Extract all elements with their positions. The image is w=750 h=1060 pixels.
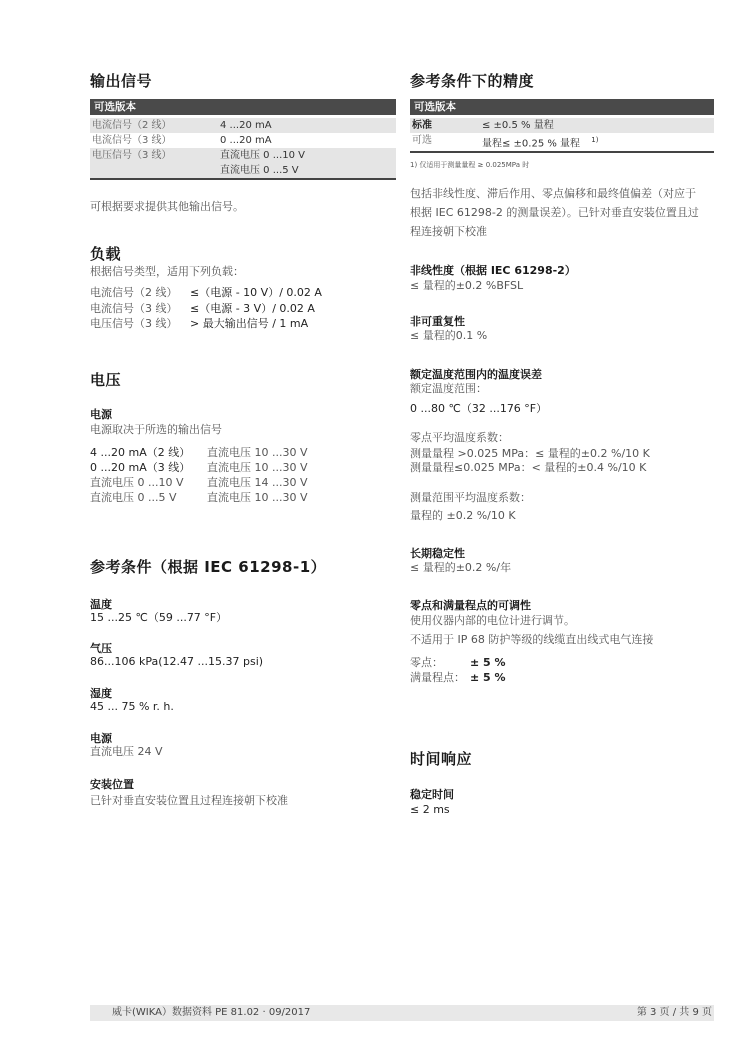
load-intro: 根据信号类型，适用下列负载：	[90, 264, 244, 280]
output-signal-note: 可根据要求提供其他输出信号。	[90, 199, 244, 215]
row-value: 直流电压 10 ...30 V	[207, 490, 308, 505]
voltage-title: 电压	[90, 369, 121, 390]
reference-conditions-title: 参考条件（根据 IEC 61298-1）	[90, 556, 326, 577]
row-label: 电流信号（2 线）	[90, 118, 220, 133]
row-value-line: 直流电压 0 ...10 V	[220, 148, 396, 163]
row-value: ± 5 %	[470, 655, 506, 670]
settling-time-label: 稳定时间	[410, 786, 454, 802]
table-row: 标准 ≤ ±0.5 % 量程	[410, 118, 714, 133]
temp-error-label: 额定温度范围内的温度误差	[410, 366, 542, 382]
footer-doc-info: 威卡(WIKA）数据资料 PE 81.02 · 09/2017	[112, 1005, 310, 1021]
table-row: 电压信号（3 线） 直流电压 0 ...10 V 直流电压 0 ...5 V	[90, 148, 396, 178]
row-label: 电压信号（3 线）	[90, 316, 190, 331]
non-repeatability-label: 非可重复性	[410, 313, 465, 329]
page-footer: 威卡(WIKA）数据资料 PE 81.02 · 09/2017 第 3 页 / …	[90, 1005, 714, 1021]
accuracy-description-line: 根据 IEC 61298-2 的测量误差）。已针对垂直安装位置且过	[410, 205, 699, 221]
span-tc-label: 测量范围平均温度系数：	[410, 490, 531, 506]
row-value: 直流电压 0 ...10 V 直流电压 0 ...5 V	[220, 148, 396, 178]
load-row: 电流信号（2 线） ≤（电源 - 10 V）/ 0.02 A	[90, 285, 322, 300]
row-label: 标准	[410, 118, 482, 133]
row-label: 电流信号（2 线）	[90, 285, 190, 300]
row-value: ± 5 %	[470, 670, 506, 685]
row-label: 电流信号（3 线）	[90, 133, 220, 148]
accuracy-description-line: 程连接朝下校准	[410, 224, 487, 240]
adjustability-line: 不适用于 IP 68 防护等级的线缆直出线式电气连接	[410, 632, 653, 648]
row-value: 量程≤ ±0.25 % 量程 1)	[482, 133, 714, 151]
load-row: 电流信号（3 线） ≤（电源 - 3 V）/ 0.02 A	[90, 301, 315, 316]
row-label: 4 ...20 mA（2 线）	[90, 445, 207, 460]
row-label: 满量程点：	[410, 670, 470, 685]
row-value: 0 ...20 mA	[220, 133, 396, 148]
footer-page-number: 第 3 页 / 共 9 页	[637, 1005, 712, 1021]
voltage-row: 直流电压 0 ...5 V 直流电压 10 ...30 V	[90, 490, 308, 505]
ref-pressure-value: 86...106 kPa(12.47 ...15.37 psi)	[90, 654, 263, 670]
footnote-marker: 1)	[591, 136, 598, 144]
ref-mounting-value: 已针对垂直安装位置且过程连接朝下校准	[90, 793, 288, 809]
nonlinearity-value: ≤ 量程的±0.2 %BFSL	[410, 278, 523, 294]
ref-power-value: 直流电压 24 V	[90, 744, 163, 760]
row-label: 零点：	[410, 655, 470, 670]
row-label: 0 ...20 mA（3 线）	[90, 460, 207, 475]
row-value: ≤（电源 - 3 V）/ 0.02 A	[190, 301, 315, 316]
output-signal-title: 输出信号	[90, 70, 152, 91]
row-label: 电流信号（3 线）	[90, 301, 190, 316]
accuracy-title: 参考条件下的精度	[410, 70, 534, 91]
row-value: 直流电压 10 ...30 V	[207, 445, 308, 460]
adjustability-row: 满量程点： ± 5 %	[410, 670, 506, 685]
output-signal-table: 可选版本 电流信号（2 线） 4 ...20 mA 电流信号（3 线） 0 ..…	[90, 99, 396, 180]
row-value-text: 量程≤ ±0.25 % 量程	[482, 138, 580, 149]
row-label: 电压信号（3 线）	[90, 148, 220, 178]
long-term-stability-label: 长期稳定性	[410, 545, 465, 561]
settling-time-value: ≤ 2 ms	[410, 802, 450, 818]
ref-mounting-label: 安装位置	[90, 776, 134, 792]
accuracy-description-line: 包括非线性度、滞后作用、零点偏移和最终值偏差（对应于	[410, 186, 696, 202]
row-label: 直流电压 0 ...10 V	[90, 475, 207, 490]
accuracy-table: 可选版本 标准 ≤ ±0.5 % 量程 可选 量程≤ ±0.25 % 量程 1)	[410, 99, 714, 153]
non-repeatability-value: ≤ 量程的0.1 %	[410, 328, 487, 344]
table-row: 电流信号（2 线） 4 ...20 mA	[90, 118, 396, 133]
adjustability-label: 零点和满量程点的可调性	[410, 597, 531, 613]
power-supply-subtitle: 电源	[90, 406, 112, 422]
row-label: 直流电压 0 ...5 V	[90, 490, 207, 505]
table-row: 可选 量程≤ ±0.25 % 量程 1)	[410, 133, 714, 151]
load-title: 负载	[90, 243, 121, 264]
adjustability-row: 零点： ± 5 %	[410, 655, 506, 670]
time-response-title: 时间响应	[410, 748, 472, 769]
row-value: 4 ...20 mA	[220, 118, 396, 133]
power-supply-intro: 电源取决于所选的输出信号	[90, 422, 222, 438]
voltage-row: 直流电压 0 ...10 V 直流电压 14 ...30 V	[90, 475, 308, 490]
row-value: > 最大输出信号 / 1 mA	[190, 316, 308, 331]
load-row: 电压信号（3 线） > 最大输出信号 / 1 mA	[90, 316, 308, 331]
voltage-row: 4 ...20 mA（2 线） 直流电压 10 ...30 V	[90, 445, 308, 460]
row-value: 直流电压 10 ...30 V	[207, 460, 308, 475]
temp-range-label: 额定温度范围：	[410, 381, 487, 397]
row-value-line: 直流电压 0 ...5 V	[220, 163, 396, 178]
table-header: 可选版本	[90, 99, 396, 115]
temp-range-value: 0 ...80 ℃（32 ...176 °F）	[410, 401, 547, 417]
adjustability-line: 使用仪器内部的电位计进行调节。	[410, 613, 575, 629]
row-label: 可选	[410, 133, 482, 151]
zero-tc-label: 零点平均温度系数：	[410, 430, 509, 446]
ref-temperature-value: 15 ...25 ℃（59 ...77 °F）	[90, 610, 227, 626]
zero-tc-line: 测量量程≤0.025 MPa：< 量程的±0.4 %/10 K	[410, 460, 646, 476]
row-value: 直流电压 14 ...30 V	[207, 475, 308, 490]
long-term-stability-value: ≤ 量程的±0.2 %/年	[410, 560, 511, 576]
nonlinearity-label: 非线性度（根据 IEC 61298-2）	[410, 262, 576, 278]
row-value: ≤（电源 - 10 V）/ 0.02 A	[190, 285, 322, 300]
table-header: 可选版本	[410, 99, 714, 115]
accuracy-footnote: 1) 仅适用于测量量程 ≥ 0.025MPa 时	[410, 160, 529, 170]
span-tc-value: 量程的 ±0.2 %/10 K	[410, 508, 516, 524]
table-row: 电流信号（3 线） 0 ...20 mA	[90, 133, 396, 148]
row-value: ≤ ±0.5 % 量程	[482, 118, 714, 133]
voltage-row: 0 ...20 mA（3 线） 直流电压 10 ...30 V	[90, 460, 308, 475]
ref-humidity-value: 45 ... 75 % r. h.	[90, 699, 174, 715]
